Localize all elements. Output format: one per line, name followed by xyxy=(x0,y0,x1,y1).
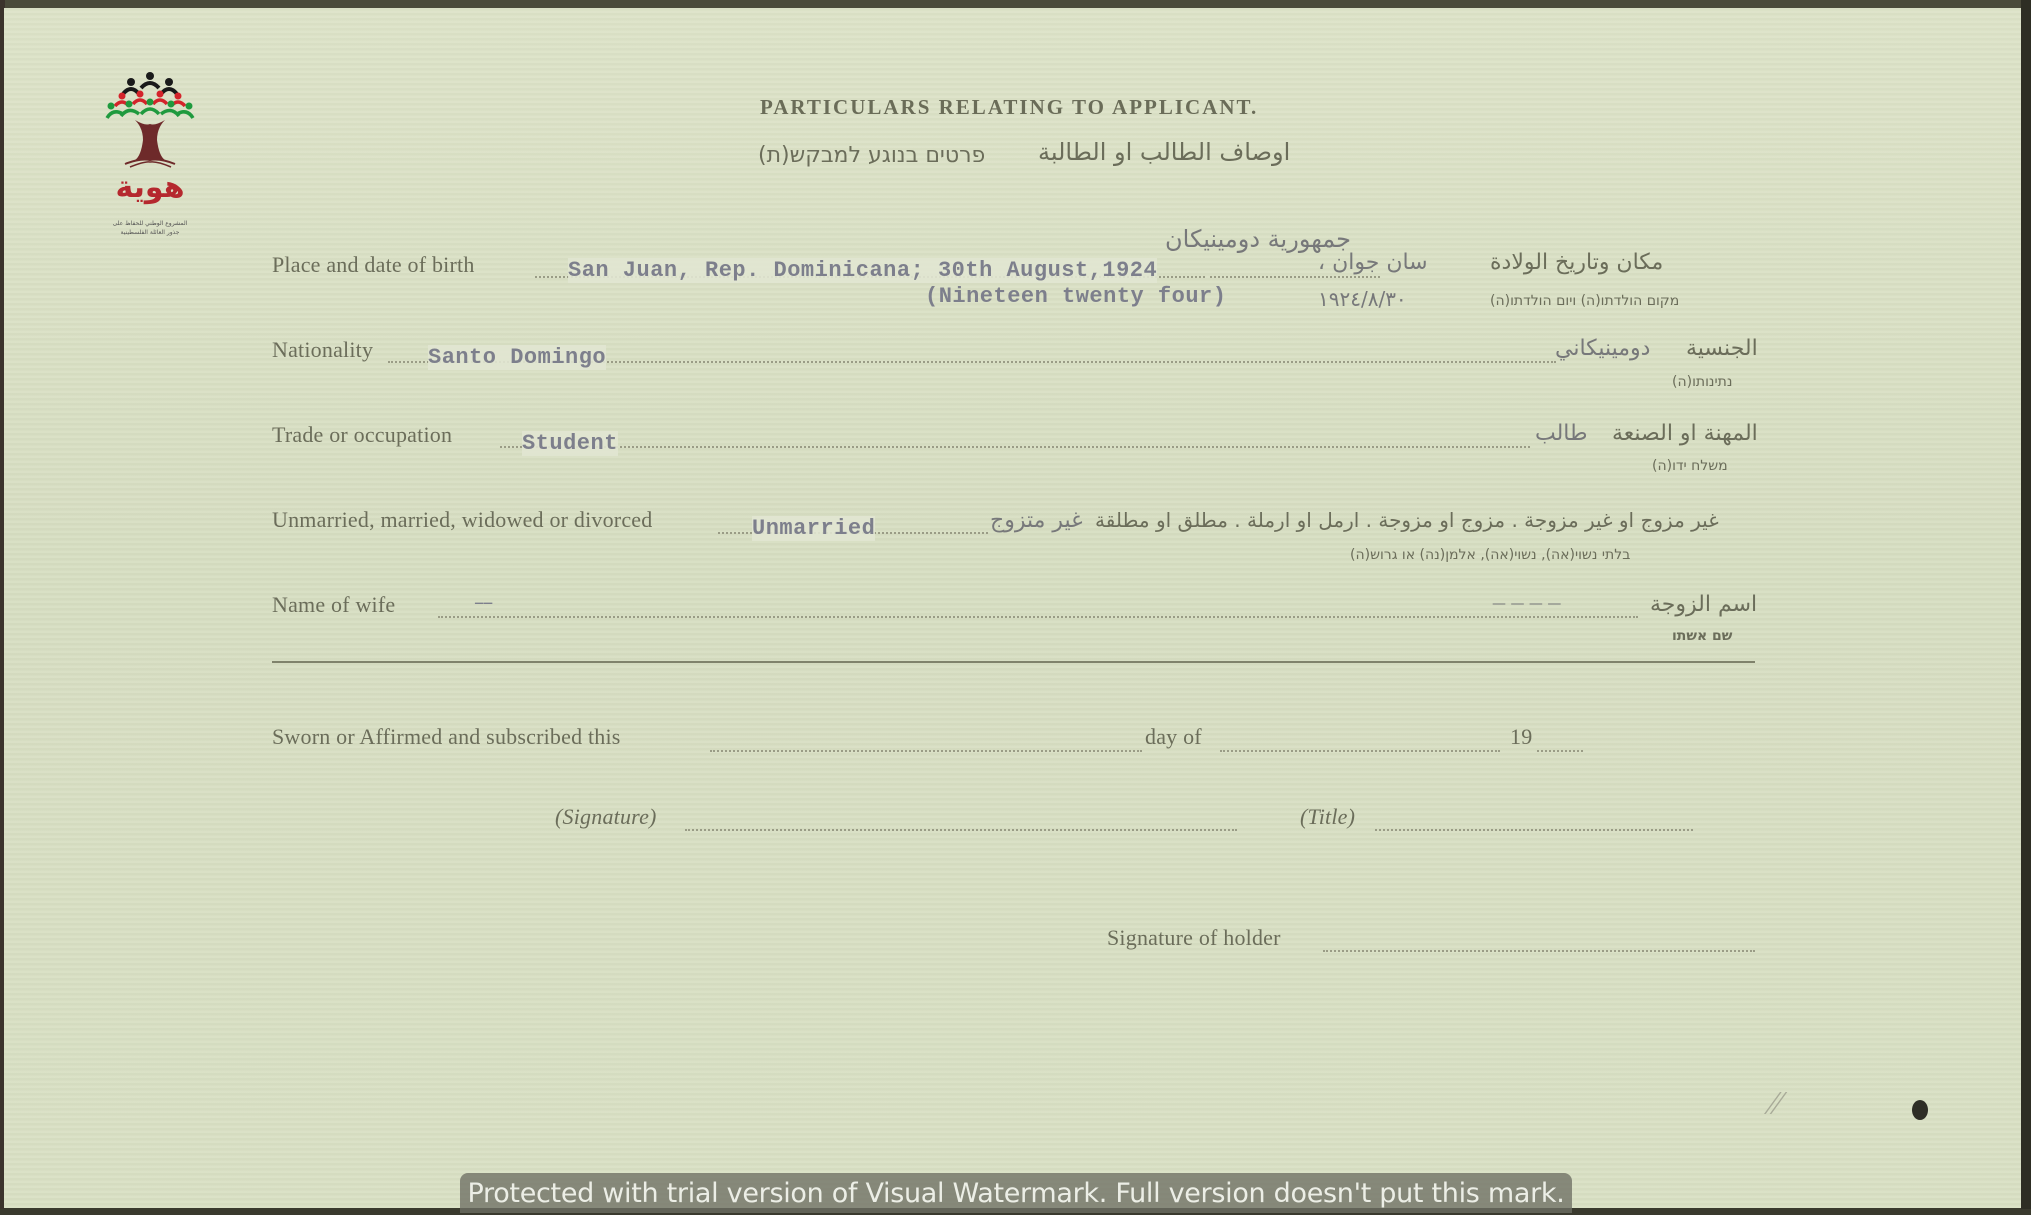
wife-dotted-line xyxy=(438,616,1638,618)
occupation-arabic-value: طالب xyxy=(1535,421,1588,446)
occupation-value: Student xyxy=(522,431,618,456)
nationality-arabic-value: دومينيكاني xyxy=(1555,336,1650,361)
signature-label: (Signature) xyxy=(555,804,657,830)
holder-signature-label: Signature of holder xyxy=(1107,925,1281,951)
wife-arabic-label: اسم الزوجة xyxy=(1650,592,1757,617)
wife-arabic-value: — — — — xyxy=(1492,596,1561,612)
wife-value: —— xyxy=(475,596,493,612)
birth-value: San Juan, Rep. Dominicana; 30th August,1… xyxy=(568,258,1157,283)
birth-label: Place and date of birth xyxy=(272,252,475,278)
year-dotted-line xyxy=(1537,750,1583,752)
ink-blot-mark xyxy=(1912,1100,1928,1120)
occupation-dotted-line xyxy=(500,446,1530,448)
wife-hebrew-label: שם אשתו xyxy=(1672,628,1732,644)
logo-tagline-1: المشروع الوطني للحفاظ على xyxy=(100,220,200,227)
subtitle-arabic: اوصاف الطالب او الطالبة xyxy=(1038,138,1290,166)
page-title: PARTICULARS RELATING TO APPLICANT. xyxy=(760,95,1258,120)
subtitle-hebrew: פרטים בנוגע למבקש(ת) xyxy=(758,143,985,168)
marital-hebrew-label: בלתי נשוי(אה), נשוי(אה), אלמן(נה) או גרו… xyxy=(1350,547,1630,563)
month-dotted-line xyxy=(1220,750,1500,752)
signature-dotted-line[interactable] xyxy=(685,829,1237,831)
birth-arabic-label: مكان وتاريخ الولادة xyxy=(1490,250,1663,275)
occupation-hebrew-label: משלח ידו(ה) xyxy=(1652,458,1728,474)
birth-arabic-dotted-line xyxy=(1210,276,1380,278)
watermark-banner: Protected with trial version of Visual W… xyxy=(460,1173,1572,1213)
hawiya-logo: هوية المشروع الوطني للحفاظ على جذور العا… xyxy=(105,68,195,243)
day-of-label: day of xyxy=(1145,724,1202,750)
marital-value: Unmarried xyxy=(752,516,875,541)
birth-arabic-date: ١٩٢٤/٨/٣٠ xyxy=(1318,287,1407,311)
occupation-arabic-label: المهنة او الصنعة xyxy=(1612,421,1758,446)
marital-label: Unmarried, married, widowed or divorced xyxy=(272,507,652,533)
nationality-arabic-label: الجنسية xyxy=(1686,336,1758,361)
faint-handwriting-mark: ⁄⁄ xyxy=(1770,1085,1781,1123)
occupation-label: Trade or occupation xyxy=(272,422,452,448)
logo-name: هوية xyxy=(115,170,185,205)
nationality-label: Nationality xyxy=(272,337,373,363)
marital-arabic-value: غير متزوج xyxy=(990,508,1083,533)
holder-signature-dotted-line[interactable] xyxy=(1323,950,1755,952)
nationality-value: Santo Domingo xyxy=(428,345,606,370)
sworn-label: Sworn or Affirmed and subscribed this xyxy=(272,724,621,750)
scan-border-right xyxy=(2021,0,2031,1215)
wife-label: Name of wife xyxy=(272,592,395,618)
birth-arabic-value: سان جوان ، xyxy=(1318,250,1428,275)
birth-hebrew-label: מקום הולדתו(ה) ויום הולדתו(ה) xyxy=(1490,293,1679,309)
sworn-day-dotted-line xyxy=(710,750,1142,752)
logo-tagline-2: جذور العائلة الفلسطينية xyxy=(100,229,200,236)
marital-arabic-label: غير مزوج او غير مزوجة . مزوج او مزوجة . … xyxy=(1095,508,1719,532)
year-prefix: 19 xyxy=(1510,724,1532,750)
birth-arabic-handwritten: جمهورية دومينيكان xyxy=(1165,225,1351,253)
title-dotted-line[interactable] xyxy=(1375,829,1693,831)
title-label: (Title) xyxy=(1300,804,1355,830)
nationality-hebrew-label: נתינותו(ה) xyxy=(1672,374,1732,390)
section-divider xyxy=(272,661,1755,663)
birth-value-line2: (Nineteen twenty four) xyxy=(925,284,1226,309)
